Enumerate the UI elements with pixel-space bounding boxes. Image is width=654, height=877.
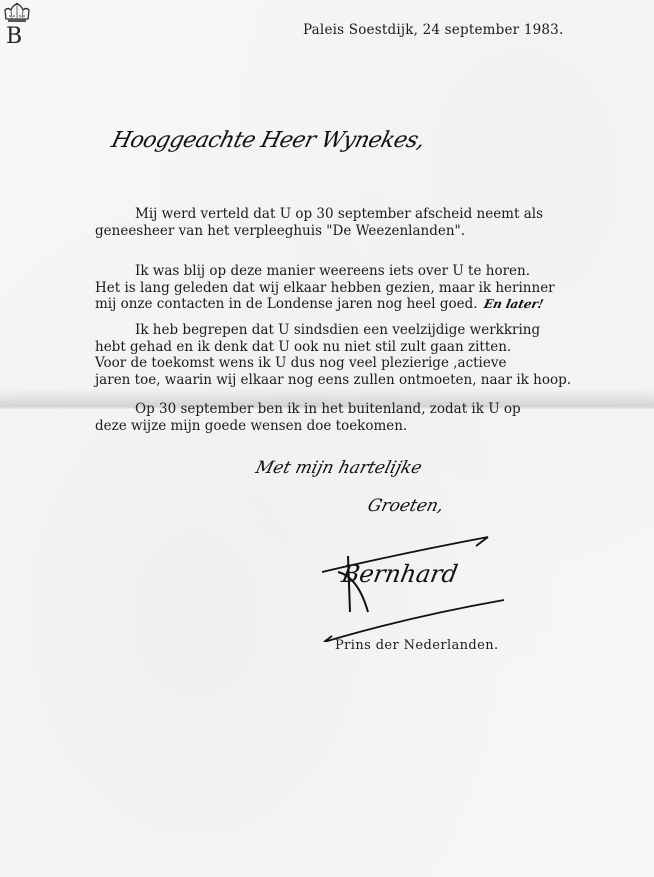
salutation: Hooggeachte Heer Wynekes,	[109, 128, 427, 153]
letterhead-crest: B	[2, 2, 30, 50]
paragraph-2: Ik was blij op deze manier weereens iets…	[95, 263, 654, 313]
text-line: hebt gehad en ik denk dat U ook nu niet …	[95, 339, 654, 356]
paragraph-3: Ik heb begrepen dat U sindsdien een veel…	[95, 322, 654, 388]
paragraph-1: Mij werd verteld dat U op 30 september a…	[95, 206, 654, 239]
royal-crown-icon	[2, 2, 32, 24]
text-line: Op 30 september ben ik in het buitenland…	[95, 401, 654, 418]
signature-name: Bernhard	[340, 560, 460, 588]
text-line: Mij werd verteld dat U op 30 september a…	[95, 206, 654, 223]
signatory-title: Prins der Nederlanden.	[335, 638, 499, 653]
paragraph-4: Op 30 september ben ik in het buitenland…	[95, 401, 654, 434]
closing-line-1: Met mijn hartelijke	[254, 458, 424, 478]
text-line: Ik heb begrepen dat U sindsdien een veel…	[95, 322, 654, 339]
dateline: Paleis Soestdijk, 24 september 1983.	[303, 22, 563, 38]
text-line: deze wijze mijn goede wensen doe toekome…	[95, 418, 654, 435]
handwritten-annotation: En later!	[482, 296, 545, 313]
closing-line-2: Groeten,	[366, 496, 446, 516]
text-line: Voor de toekomst wens ik U dus nog veel …	[95, 355, 654, 372]
text-line: Ik was blij op deze manier weereens iets…	[95, 263, 654, 280]
text-line-with-annotation: mij onze contacten in de Londense jaren …	[95, 296, 654, 313]
text-line: Het is lang geleden dat wij elkaar hebbe…	[95, 280, 654, 297]
text-line: mij onze contacten in de Londense jaren …	[95, 296, 478, 312]
letterhead-monogram: B	[6, 24, 22, 49]
text-line: jaren toe, waarin wij elkaar nog eens zu…	[95, 372, 654, 389]
signature: Bernhard	[318, 532, 508, 642]
text-line: geneesheer van het verpleeghuis "De Weez…	[95, 223, 654, 240]
